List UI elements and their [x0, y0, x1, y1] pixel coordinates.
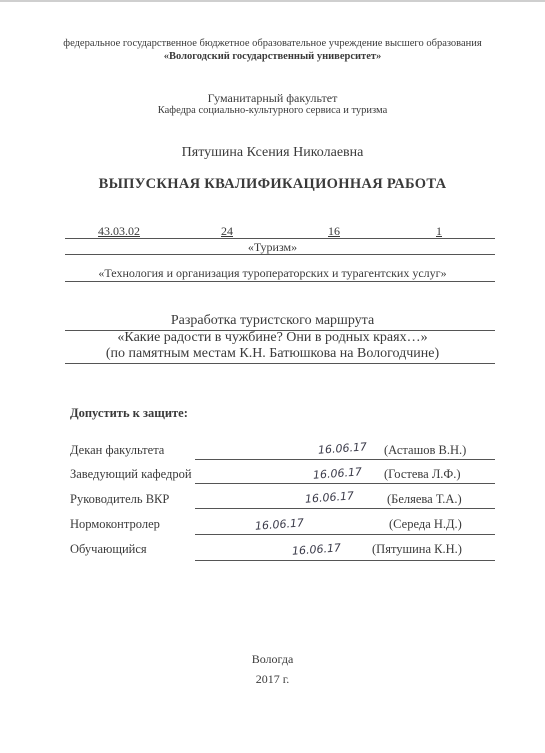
role-label: Декан факультета [70, 443, 164, 458]
name-line [360, 483, 495, 484]
signature-date: 16.06.17 [318, 440, 368, 456]
university-name: «Вологодский государственный университет… [0, 51, 545, 62]
topic-line-1: Разработка туристского маршрута [0, 313, 545, 329]
topic-line-3-rule [65, 363, 495, 364]
role-label: Руководитель ВКР [70, 492, 169, 507]
name-line [360, 508, 495, 509]
name-line [360, 560, 495, 561]
role-label: Обучающийся [70, 542, 147, 557]
code-2: 24 [221, 224, 233, 239]
city: Вологда [0, 652, 545, 667]
role-label: Нормоконтролер [70, 517, 160, 532]
profile-name: «Технология и организация туроператорски… [0, 266, 545, 281]
approval-heading: Допустить к защите: [70, 406, 188, 421]
signer-name: (Середа Н.Д.) [389, 517, 462, 532]
direction-code: 43.03.02 [98, 224, 140, 239]
signer-name: (Асташов В.Н.) [384, 443, 466, 458]
department-name: Кафедра социально-культурного сервиса и … [0, 105, 545, 116]
codes-line [65, 238, 495, 239]
direction-name: «Туризм» [0, 240, 545, 255]
faculty-name: Гуманитарный факультет [0, 91, 545, 106]
name-line [360, 459, 495, 460]
signature-date: 16.06.17 [305, 489, 355, 505]
signature-date: 16.06.17 [292, 541, 342, 557]
code-4: 1 [436, 224, 442, 239]
year: 2017 г. [0, 672, 545, 687]
signature-line [195, 483, 360, 484]
name-line [360, 534, 495, 535]
code-3: 16 [328, 224, 340, 239]
signature-line [195, 534, 360, 535]
work-type-title: ВЫПУСКНАЯ КВАЛИФИКАЦИОННАЯ РАБОТА [0, 176, 545, 193]
profile-line [65, 281, 495, 282]
signer-name: (Беляева Т.А.) [387, 492, 462, 507]
signature-date: 16.06.17 [255, 516, 305, 532]
role-label: Заведующий кафедрой [70, 467, 192, 482]
signature-date: 16.06.17 [313, 465, 363, 481]
topic-line-2: «Какие радости в чужбине? Они в родных к… [0, 330, 545, 346]
signature-line [195, 459, 360, 460]
signature-line [195, 560, 360, 561]
scan-top-edge [0, 0, 545, 2]
signature-line [195, 508, 360, 509]
institution-line: федеральное государственное бюджетное об… [0, 38, 545, 49]
signer-name: (Пятушина К.Н.) [372, 542, 462, 557]
direction-line [65, 254, 495, 255]
signer-name: (Гостева Л.Ф.) [384, 467, 461, 482]
author-name: Пятушина Ксения Николаевна [0, 145, 545, 161]
topic-line-3: (по памятным местам К.Н. Батюшкова на Во… [0, 346, 545, 362]
